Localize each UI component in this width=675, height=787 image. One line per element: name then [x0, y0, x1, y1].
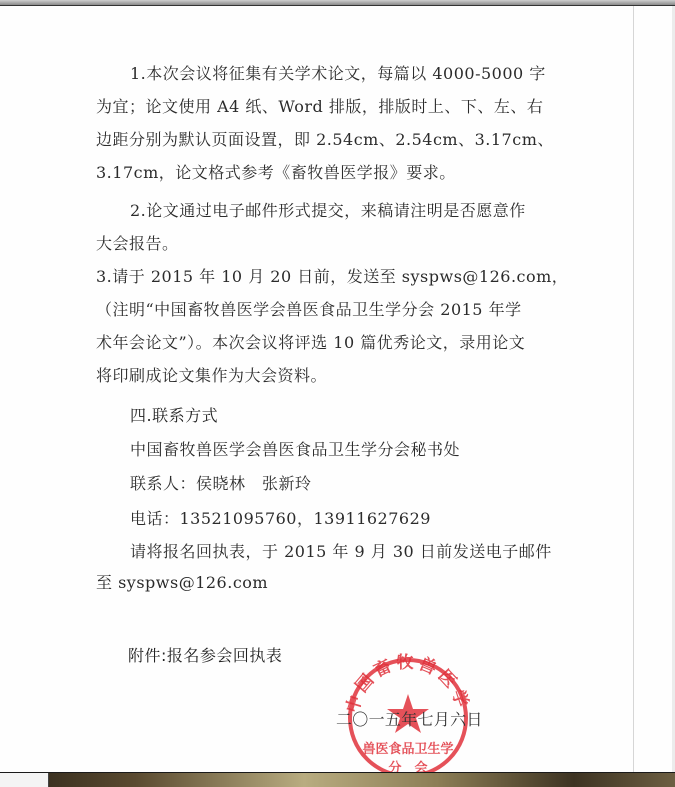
svg-text:兽医食品卫生学: 兽医食品卫生学 [362, 741, 453, 757]
item-1-line-3: 边距分别为默认页面设置，即 2.54cm、2.54cm、3.17cm、 [96, 130, 554, 150]
page-right-margin-line [633, 6, 634, 772]
contact-organization: 中国畜牧兽医学会兽医食品卫生学分会秘书处 [130, 440, 460, 460]
item-3-line-3: 术年会论文”）。本次会议将评选 10 篇优秀论文，录用论文 [96, 333, 525, 353]
item-2-line-2: 大会报告。 [96, 234, 179, 254]
item-2-line-1: 2.论文通过电子邮件形式提交，来稿请注明是否愿意作 [130, 201, 526, 221]
viewer-bottom-tab[interactable] [0, 773, 49, 787]
contact-submit-line-1: 请将报名回执表，于 2015 年 9 月 30 日前发送电子邮件 [130, 542, 552, 562]
item-3-line-1: 3.请于 2015 年 10 月 20 日前，发送至 syspws@126.co… [96, 267, 568, 287]
contact-heading: 四.联系方式 [130, 406, 218, 426]
attachment-label: 附件:报名参会回执表 [128, 646, 282, 666]
document-date: 二〇一五年七月六日 [336, 710, 483, 730]
contact-phone: 电话：13521095760，13911627629 [130, 509, 431, 529]
item-3-line-2: （注明“中国畜牧兽医学会兽医食品卫生学分会 2015 年学 [96, 300, 522, 320]
viewer-bottom-bar [0, 772, 675, 787]
contact-submit-line-2: 至 syspws@126.com [96, 573, 268, 593]
item-3-line-4: 将印刷成论文集作为大会资料。 [96, 366, 327, 386]
contact-persons: 联系人：侯晓林 张新玲 [130, 474, 312, 494]
item-1-line-4: 3.17cm，论文格式参考《畜牧兽医学报》要求。 [96, 163, 456, 183]
item-1-line-2: 为宜；论文使用 A4 纸、Word 排版，排版时上、下、左、右 [96, 97, 543, 117]
item-1-line-1: 1.本次会议将征集有关学术论文，每篇以 4000-5000 字 [130, 64, 546, 84]
